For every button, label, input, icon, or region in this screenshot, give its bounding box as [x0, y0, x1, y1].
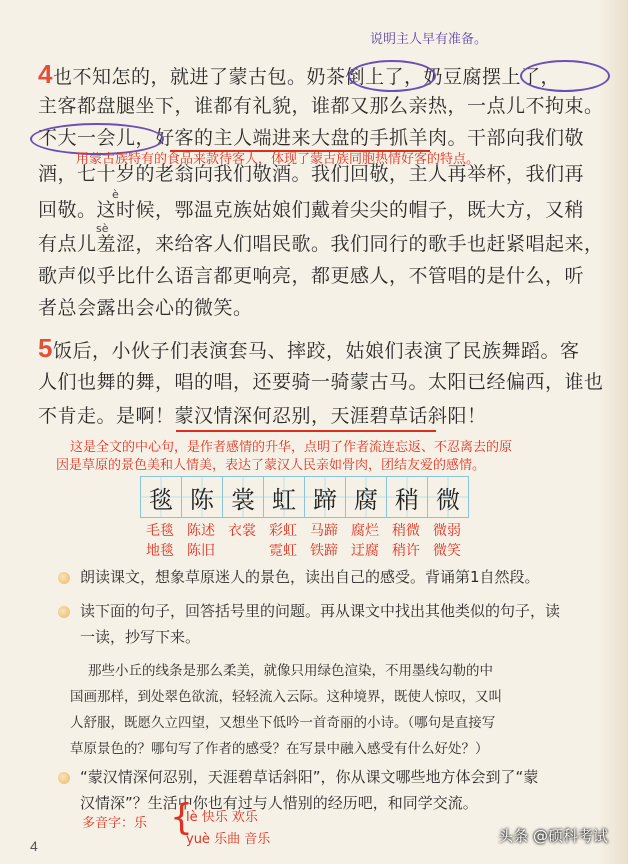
word: 微弱	[427, 520, 467, 540]
quote-line4: 草原景色的？哪句写了作者的感受？在写景中融入感受有什么好处？）	[70, 736, 489, 762]
para4-line7: 歌声似乎比什么语言都更响亮，都更感人，不管唱的是什么，听	[38, 264, 608, 288]
exercise-3-line1: “蒙汉情深何忍别，天涯碧草话斜阳”，你从课文哪些地方体会到了“蒙	[80, 764, 538, 790]
annotation-center-line1: 这是全文的中心句，是作者感情的升华，点明了作者流连忘返、不忍离去的原	[70, 436, 512, 455]
polyphone-label: 多音字：乐	[82, 812, 147, 831]
word: 稍微	[386, 520, 426, 540]
character-grid: 毯 陈 裳 虹 蹄 腐 稍 微	[140, 476, 469, 518]
char-cell: 稍	[387, 477, 428, 517]
underline-center-sentence	[176, 430, 436, 432]
para5-line3: 不肯走。是啊！蒙汉情深何忍别，天涯碧草话斜阳！	[38, 404, 608, 428]
word: 地毯	[140, 540, 180, 560]
para4-line5: 回敬。这时候，鄂温克族姑娘们戴着尖尖的帽子，既大方，又稍	[38, 198, 608, 222]
char-cell: 裳	[223, 477, 264, 517]
para4-line4: 酒，七十岁的老翁向我们敬酒。我们回敬，主人再举杯，我们再	[38, 162, 608, 186]
bullet-icon	[58, 772, 70, 784]
para5-line1: 5饭后，小伙子们表演套马、摔跤，姑娘们表演了民族舞蹈。客	[38, 336, 608, 363]
char-cell: 陈	[182, 477, 223, 517]
word: 迂腐	[345, 540, 385, 560]
char-cell: 毯	[141, 477, 182, 517]
char-cell: 虹	[264, 477, 305, 517]
words-row-1: 毛毯 陈述 衣裳 彩虹 马蹄 腐烂 稍微 微弱	[140, 520, 468, 540]
word: 霓虹	[263, 540, 303, 560]
quote-line1: 那些小丘的线条是那么柔美，就像只用绿色渲染，不用墨线勾勒的中	[88, 658, 493, 684]
word: 毛毯	[140, 520, 180, 540]
watermark: 头条 @硕科考试	[498, 825, 608, 846]
exercise-2-line2: 一读，抄写下来。	[80, 624, 200, 650]
annotation-prepared: 说明主人早有准备。	[370, 28, 487, 47]
polyphone-reading-yue: yuè 乐曲 音乐	[186, 828, 270, 847]
circle-mark-tofu	[520, 60, 610, 92]
quote-line3: 人舒服，既愿久立四望，又想坐下低吟一首奇丽的小诗。（哪句是直接写	[70, 710, 495, 736]
paragraph-number-4: 4	[38, 59, 53, 89]
word: 铁蹄	[304, 540, 344, 560]
para5-line2: 人们也舞的舞，唱的唱，还要骑一骑蒙古马。太阳已经偏西，谁也	[38, 370, 608, 394]
polyphone-reading-le: lè 快乐 欢乐	[186, 806, 258, 825]
word: 陈旧	[181, 540, 221, 560]
annotation-center-line2: 因是草原的景色美和人情美，表达了蒙汉人民亲如骨肉，团结友爱的感情。	[56, 454, 485, 473]
para4-line6: 有点儿羞涩，来给客人们唱民歌。我们同行的歌手也赶紧唱起来，	[38, 232, 608, 256]
circle-mark-tea	[348, 60, 436, 92]
char-cell: 微	[428, 477, 468, 517]
word: 彩虹	[263, 520, 303, 540]
word: 微笑	[427, 540, 467, 560]
word: 腐烂	[345, 520, 385, 540]
word: 陈述	[181, 520, 221, 540]
exercise-1: 朗读课文，想象草原迷人的景色，读出自己的感受。背诵第1自然段。	[80, 564, 540, 590]
word: 马蹄	[304, 520, 344, 540]
para4-line2: 主客都盘腿坐下，谁都有礼貌，谁都又那么亲热，一点儿不拘束。	[38, 94, 608, 118]
word: 稍许	[386, 540, 426, 560]
page-number: 4	[30, 838, 38, 854]
paragraph-number-5: 5	[38, 333, 53, 363]
textbook-page: 说明主人早有准备。 4也不知怎的，就进了蒙古包。奶茶倒上了，奶豆腐摆上了， 主客…	[0, 0, 628, 864]
words-row-2: 地毯 陈旧 霓虹 铁蹄 迂腐 稍许 微笑	[140, 540, 468, 560]
para4-line8: 者总会露出会心的微笑。	[38, 296, 608, 320]
bullet-icon	[58, 606, 70, 618]
quote-line2: 国画那样，到处翠色欲流，轻轻流入云际。这种境界，既使人惊叹，又叫	[70, 684, 502, 710]
word: 衣裳	[222, 520, 262, 540]
char-cell: 腐	[346, 477, 387, 517]
char-cell: 蹄	[305, 477, 346, 517]
word	[222, 540, 262, 560]
bullet-icon	[58, 572, 70, 584]
exercise-2-line1: 读下面的句子，回答括号里的问题。再从课文中找出其他类似的句子，读	[80, 598, 560, 624]
